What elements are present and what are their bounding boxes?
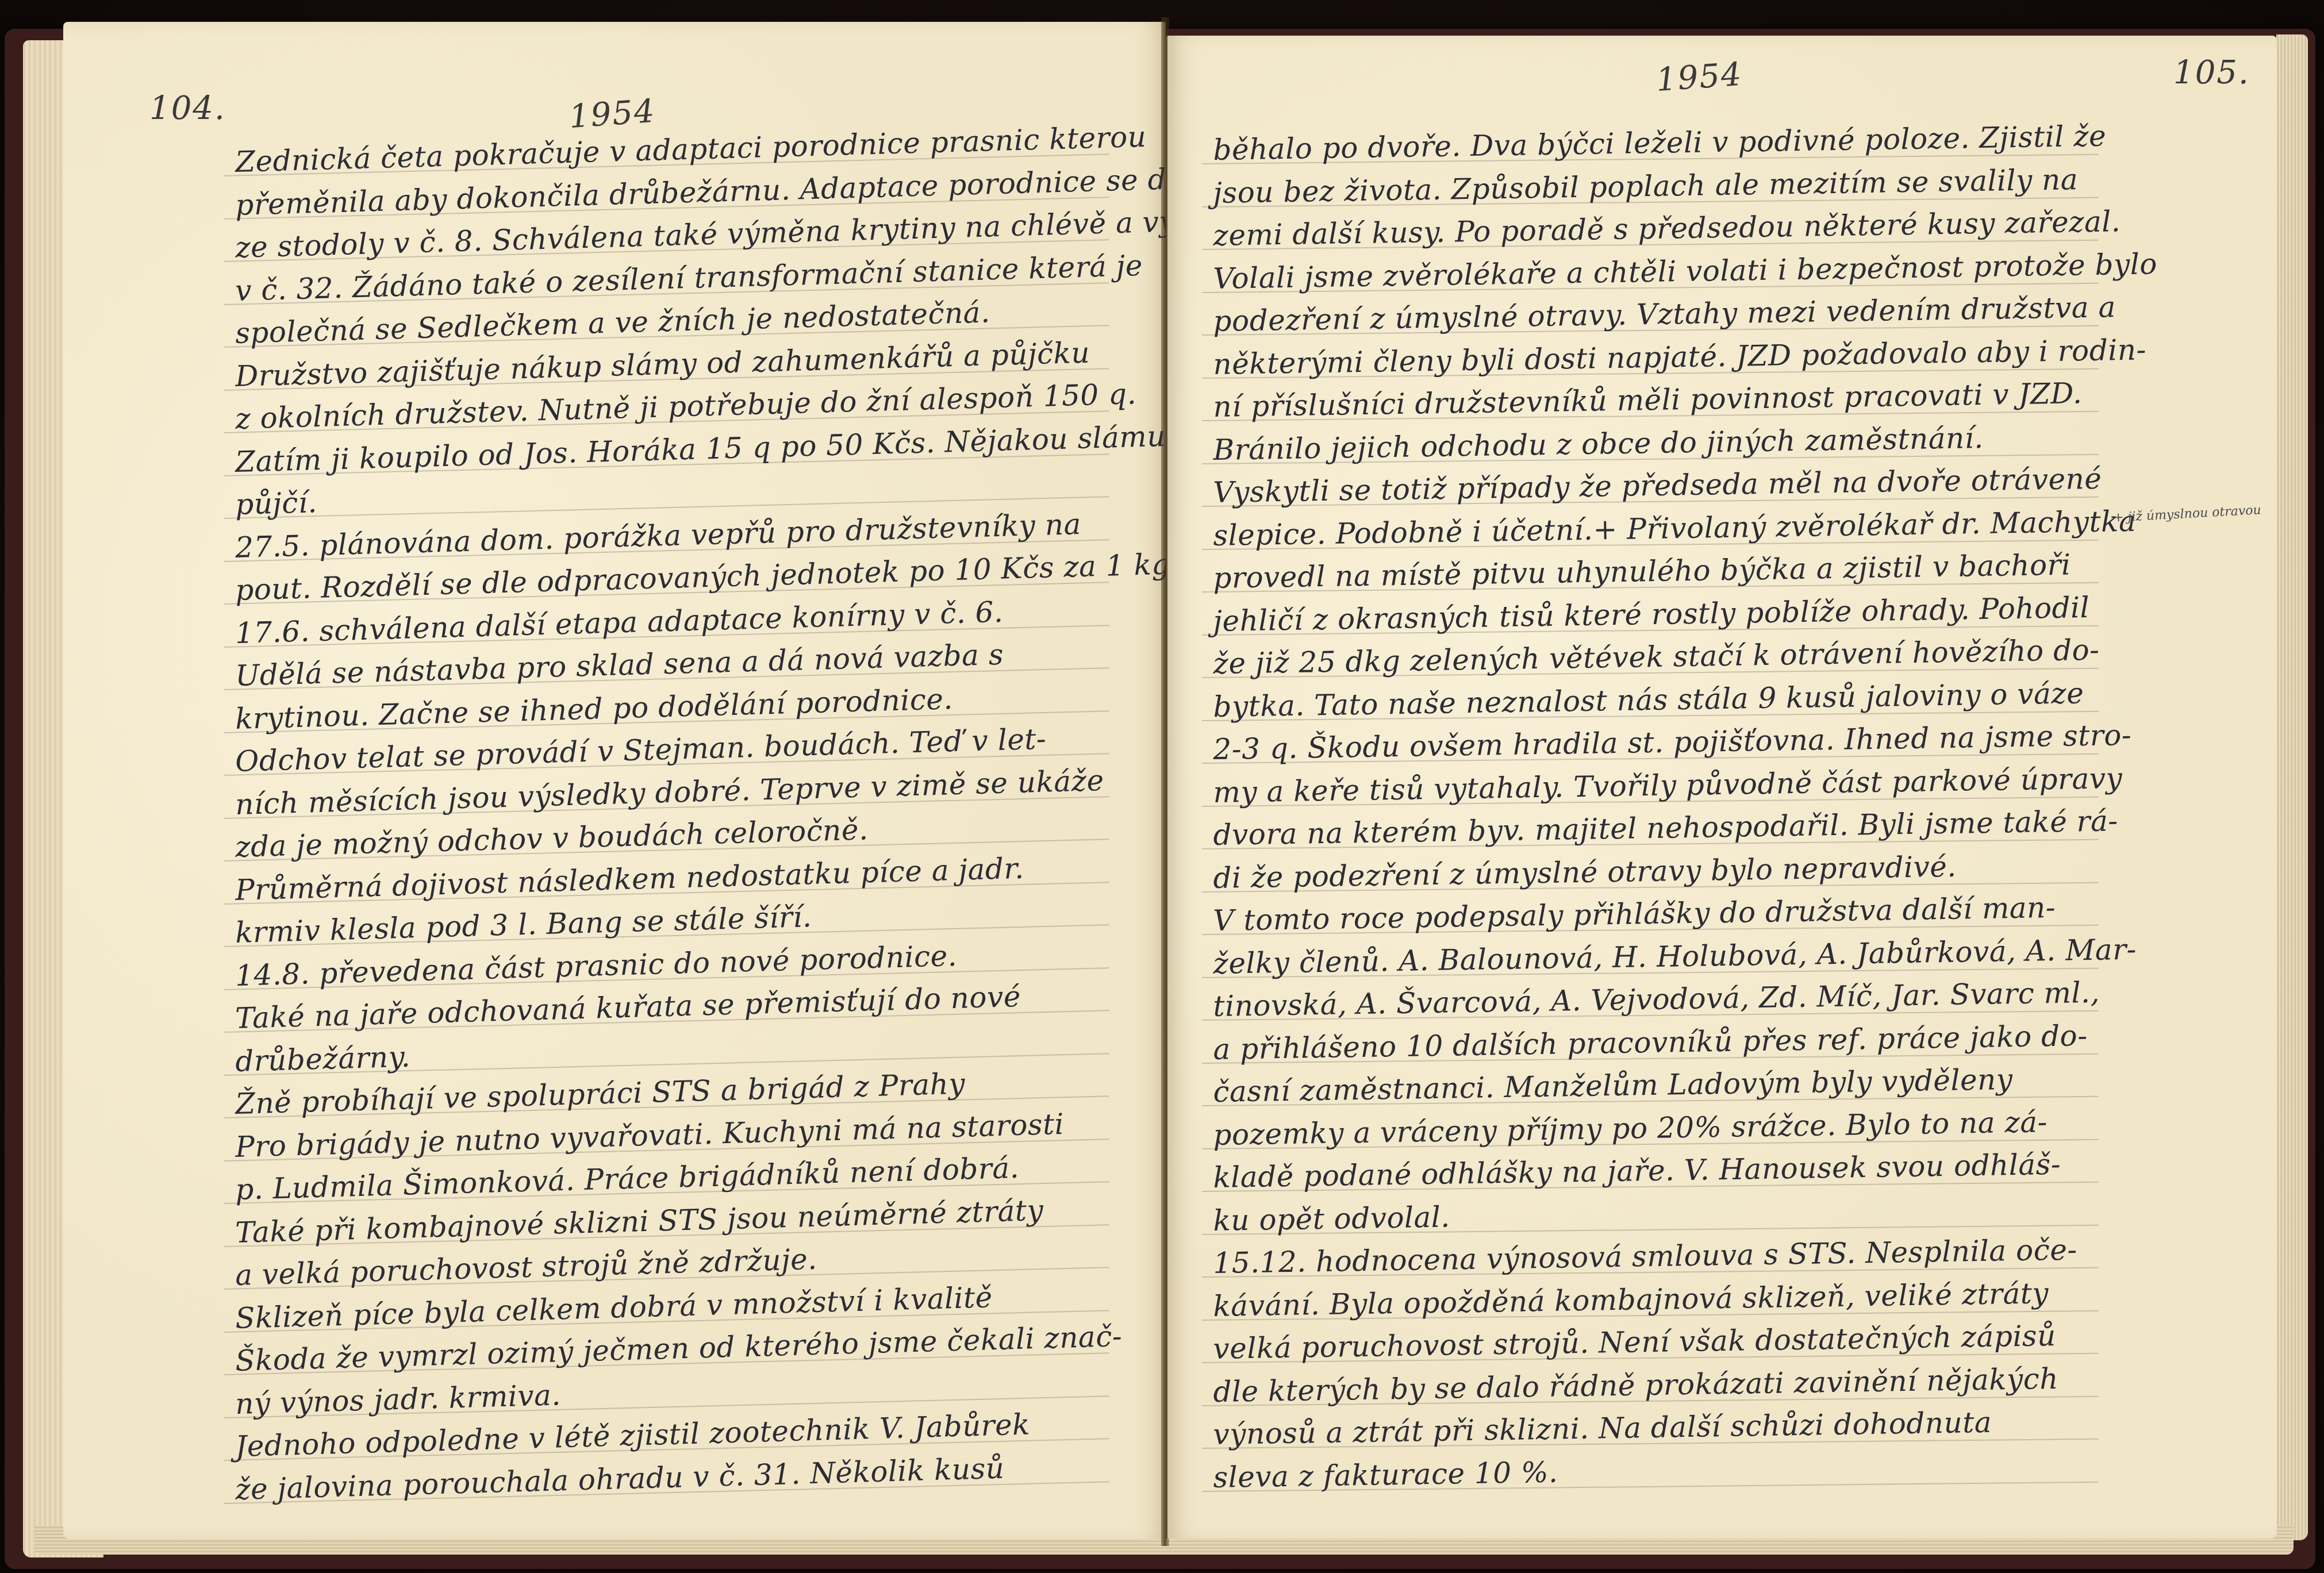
handwritten-line: tinovská, A. Švarcová, A. Vejvodová, Zd.… (1213, 976, 2100, 1023)
handwritten-line: provedl na místě pitvu uhynulého býčka a… (1213, 548, 2071, 595)
handwritten-line: jsou bez života. Způsobil poplach ale me… (1213, 163, 2078, 210)
handwritten-line: že již 25 dkg zelených větévek stačí k o… (1213, 633, 2100, 680)
handwritten-line: ku opět odvolal. (1213, 1200, 1450, 1237)
handwritten-line: kladě podané odhlášky na jaře. V. Hanous… (1213, 1148, 2061, 1194)
handwritten-line: běhalo po dvoře. Dva býčci leželi v podi… (1213, 120, 2106, 167)
handwritten-line: sleva z fakturace 10 %. (1213, 1455, 1558, 1494)
handwritten-line: Bránilo jejich odchodu z obce do jiných … (1213, 421, 1984, 466)
left-page: 104. 1954 Zednická četa pokračuje v adap… (63, 22, 1166, 1539)
handwritten-line: zemi další kusy. Po poradě s předsedou n… (1213, 205, 2121, 252)
handwritten-line: kávání. Byla opožděná kombajnová sklizeň… (1213, 1276, 2049, 1323)
right-page: 1954 105. běhalo po dvoře. Dva býčci lež… (1166, 36, 2277, 1539)
handwritten-line: Volali jsme zvěrolékaře a chtěli volati … (1213, 247, 2157, 295)
handwritten-line: bytka. Tato naše neznalost nás stála 9 k… (1213, 676, 2084, 724)
handwritten-line: výnosů a ztrát při sklizni. Na další sch… (1213, 1406, 1992, 1451)
handwritten-line: drůbežárny. (235, 1040, 410, 1078)
handwritten-line: pozemky a vráceny příjmy po 20% srážce. … (1213, 1105, 2048, 1152)
handwritten-line: časní zaměstnanci. Manželům Ladovým byly… (1213, 1063, 2013, 1109)
handwritten-line: slepice. Podobně i účetní.+ Přivolaný zv… (1213, 504, 2137, 552)
handwritten-text-block: Zednická četa pokračuje v adaptaci porod… (63, 22, 1166, 1539)
handwritten-line: a velká poruchovost strojů žně zdržuje. (235, 1243, 817, 1292)
handwritten-line: jehličí z okrasných tisů které rostly po… (1213, 591, 2089, 638)
handwritten-line: podezření z úmyslné otravy. Vztahy mezi … (1213, 290, 2116, 338)
handwritten-text-block: běhalo po dvoře. Dva býčci leželi v podi… (1167, 36, 2277, 1539)
handwritten-line: ný výnos jadr. krmiva. (235, 1378, 561, 1421)
handwritten-line: velká poruchovost strojů. Není však dost… (1213, 1319, 2056, 1366)
handwritten-line: želky členů. A. Balounová, H. Holubová, … (1213, 932, 2137, 980)
handwritten-line: krmiv klesla pod 3 l. Bang se stále šíří… (235, 900, 812, 949)
handwritten-line: V tomto roce podepsaly přihlášky do druž… (1213, 891, 2056, 937)
handwritten-line: Vyskytli se totiž případy že předseda mě… (1213, 462, 2102, 509)
handwritten-line: dvora na kterém byv. majitel nehospodaři… (1213, 804, 2118, 852)
handwritten-line: dle kterých by se dalo řádně prokázati z… (1213, 1362, 2058, 1408)
page-edges-right (2276, 34, 2308, 1540)
handwritten-line: 15.12. hodnocena výnosová smlouva s STS.… (1213, 1233, 2077, 1280)
handwritten-line: zda je možný odchov v boudách celoročně. (235, 813, 869, 864)
handwritten-line: některými členy byli dosti napjaté. JZD … (1213, 333, 2146, 380)
handwritten-line: di že podezření z úmyslné otravy bylo ne… (1213, 849, 1957, 894)
handwritten-line: my a keře tisů vytahaly. Tvořily původně… (1213, 761, 2123, 809)
handwritten-line: a přihlášeno 10 dalších pracovníků přes … (1213, 1019, 2088, 1066)
handwritten-line: ní příslušníci družstevníků měli povinno… (1213, 376, 2083, 424)
handwritten-line: půjčí. (235, 486, 317, 521)
handwritten-line: 2-3 q. Škodu ovšem hradila st. pojišťovn… (1213, 718, 2131, 766)
